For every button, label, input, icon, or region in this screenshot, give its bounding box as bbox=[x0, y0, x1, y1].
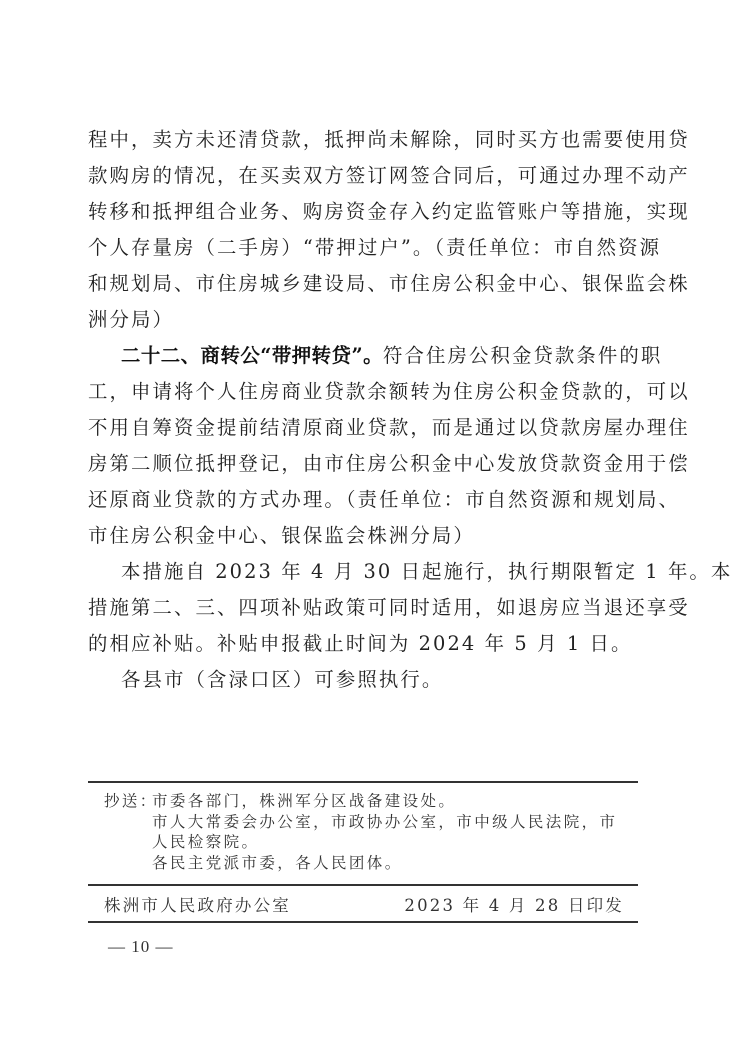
text-line: 洲分局） bbox=[88, 302, 642, 338]
cc-entry: 各民主党派市委，各人民团体。 bbox=[152, 853, 644, 874]
text-line: 各县市（含渌口区）可参照执行。 bbox=[88, 662, 642, 698]
text-fragment: 符合住房公积金贷款条件的职 bbox=[383, 344, 662, 367]
issuer-name: 株洲市人民政府办公室 bbox=[104, 892, 291, 916]
text-line: 措施第二、三、四项补贴政策可同时适用，如退房应当退还享受 bbox=[88, 590, 642, 626]
text-line: 工，申请将个人住房商业贷款余额转为住房公积金贷款的，可以 bbox=[88, 374, 642, 410]
document-page: 程中，卖方未还清贷款，抵押尚未解除，同时买方也需要使用贷 款购房的情况，在买卖双… bbox=[0, 0, 740, 1047]
text-line: 转移和抵押组合业务、购房资金存入约定监管账户等措施，实现 bbox=[88, 194, 642, 230]
effective-date-paragraph: 本措施自 2023 年 4 月 30 日起施行，执行期限暂定 1 年。本 措施第… bbox=[88, 554, 642, 662]
footer-middle-rule bbox=[88, 884, 638, 886]
text-line: 个人存量房（二手房）“带押过户”。（责任单位：市自然资源 bbox=[88, 230, 642, 266]
footer-bottom-rule bbox=[88, 921, 638, 923]
cc-entry: 人民检察院。 bbox=[152, 832, 644, 853]
text-line: 本措施自 2023 年 4 月 30 日起施行，执行期限暂定 1 年。本 bbox=[88, 554, 642, 590]
text-line: 房第二顺位抵押登记，由市住房公积金中心发放贷款资金用于偿 bbox=[88, 446, 642, 482]
counties-paragraph: 各县市（含渌口区）可参照执行。 bbox=[88, 662, 642, 698]
text-line: 市住房公积金中心、银保监会株洲分局） bbox=[88, 518, 642, 554]
issue-date: 2023 年 4 月 28 日印发 bbox=[404, 892, 624, 916]
cc-entries: 市委各部门，株洲军分区战备建设处。 市人大常委会办公室，市政协办公室，市中级人民… bbox=[152, 791, 644, 873]
cc-row: 抄送： 市委各部门，株洲军分区战备建设处。 市人大常委会办公室，市政协办公室，市… bbox=[104, 791, 644, 873]
text-line: 款购房的情况，在买卖双方签订网签合同后，可通过办理不动产 bbox=[88, 158, 642, 194]
text-line: 程中，卖方未还清贷款，抵押尚未解除，同时买方也需要使用贷 bbox=[88, 122, 642, 158]
item-22-heading: 二十二、商转公“带押转贷”。 bbox=[121, 344, 383, 367]
cc-label: 抄送： bbox=[104, 791, 152, 873]
cc-distribution-block: 抄送： 市委各部门，株洲军分区战备建设处。 市人大常委会办公室，市政协办公室，市… bbox=[104, 791, 644, 873]
footer-top-rule bbox=[88, 781, 638, 783]
issuer-row: 株洲市人民政府办公室 2023 年 4 月 28 日印发 bbox=[104, 892, 624, 916]
text-line: 的相应补贴。补贴申报截止时间为 2024 年 5 月 1 日。 bbox=[88, 626, 642, 662]
cc-entry: 市人大常委会办公室，市政协办公室，市中级人民法院，市 bbox=[152, 812, 644, 833]
text-line: 还原商业贷款的方式办理。（责任单位：市自然资源和规划局、 bbox=[88, 482, 642, 518]
cc-entry: 市委各部门，株洲军分区战备建设处。 bbox=[152, 791, 644, 812]
page-number: — 10 — bbox=[108, 937, 174, 957]
text-line: 不用自筹资金提前结清原商业贷款，而是通过以贷款房屋办理住 bbox=[88, 410, 642, 446]
item-22-paragraph: 二十二、商转公“带押转贷”。符合住房公积金贷款条件的职 工，申请将个人住房商业贷… bbox=[88, 338, 642, 554]
text-line: 二十二、商转公“带押转贷”。符合住房公积金贷款条件的职 bbox=[88, 338, 642, 374]
text-line: 和规划局、市住房城乡建设局、市住房公积金中心、银保监会株 bbox=[88, 266, 642, 302]
continuation-paragraph: 程中，卖方未还清贷款，抵押尚未解除，同时买方也需要使用贷 款购房的情况，在买卖双… bbox=[88, 122, 642, 338]
